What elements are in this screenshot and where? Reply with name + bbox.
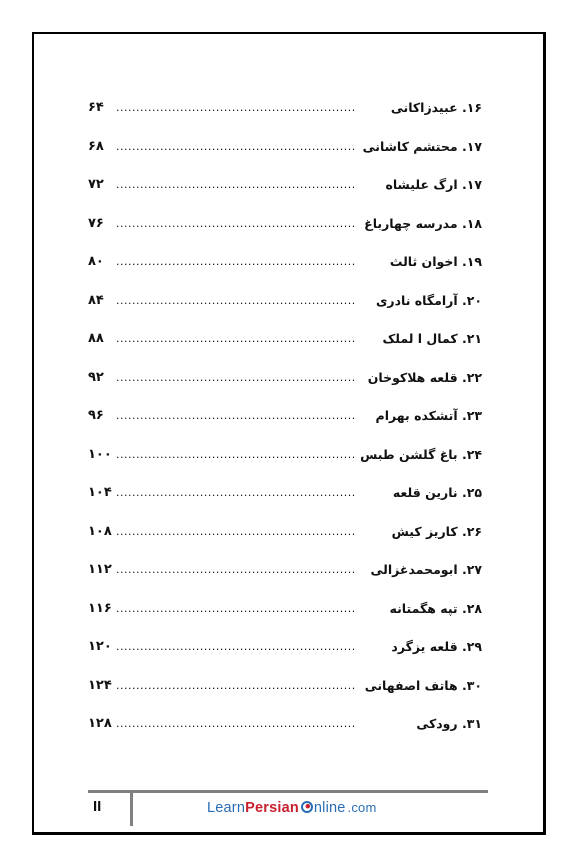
footer-rule-horizontal	[88, 790, 488, 793]
toc-leader-dots: ........................................…	[116, 137, 359, 157]
toc-leader-dots: ........................................…	[116, 445, 359, 465]
toc-entry[interactable]: ۸۰ .....................................…	[88, 252, 482, 291]
toc-page-number: ۷۶	[88, 214, 104, 234]
toc-entry[interactable]: ۶۴ .....................................…	[88, 98, 482, 137]
footer-brand-link[interactable]: LearnPersiannline.com	[207, 800, 377, 816]
toc-page-number: ۱۰۰	[88, 445, 112, 465]
toc-page-number: ۱۰۴	[88, 483, 112, 503]
toc-page-number: ۱۱۲	[88, 560, 112, 580]
toc-title: ۲۷. ابومحمدغزالی	[371, 560, 482, 580]
toc-title: ۲۸. تپه هگمتانه	[390, 599, 482, 619]
toc-entry[interactable]: ۸۴ .....................................…	[88, 291, 482, 330]
toc-leader-dots: ........................................…	[116, 599, 359, 619]
toc-entry[interactable]: ۱۰۰ ....................................…	[88, 445, 482, 484]
toc-leader-dots: ........................................…	[116, 329, 359, 349]
toc-page-number: ۱۲۸	[88, 714, 112, 734]
toc-leader-dots: ........................................…	[116, 291, 359, 311]
table-of-contents: ۶۴ .....................................…	[88, 98, 482, 753]
footer-rule-vertical	[130, 790, 133, 826]
toc-entry[interactable]: ۱۱۶ ....................................…	[88, 599, 482, 638]
toc-leader-dots: ........................................…	[116, 252, 359, 272]
globe-icon	[301, 801, 313, 813]
toc-page-number: ۶۸	[88, 137, 104, 157]
toc-entry[interactable]: ۱۰۸ ....................................…	[88, 522, 482, 561]
toc-leader-dots: ........................................…	[116, 175, 359, 195]
brand-learn: Learn	[207, 800, 245, 816]
toc-entry[interactable]: ۹۶ .....................................…	[88, 406, 482, 445]
brand-online: nline	[314, 800, 346, 816]
toc-page-number: ۶۴	[88, 98, 104, 118]
toc-title: ۲۹. قلعه یزگرد	[391, 637, 482, 657]
toc-entry[interactable]: ۷۲ .....................................…	[88, 175, 482, 214]
toc-title: ۲۳. آتشکده بهرام	[376, 406, 482, 426]
toc-page-number: ۸۸	[88, 329, 104, 349]
toc-page-number: ۱۲۴	[88, 676, 112, 696]
toc-entry[interactable]: ۱۲۴ ....................................…	[88, 676, 482, 715]
toc-title: ۱۶. عبیدزاکانی	[391, 98, 482, 118]
toc-title: ۲۰. آرامگاه نادری	[376, 291, 482, 311]
toc-title: ۲۶. کاریز کیش	[392, 522, 482, 542]
toc-leader-dots: ........................................…	[116, 483, 359, 503]
brand-persian: Persian	[245, 800, 299, 816]
toc-entry[interactable]: ۱۲۸ ....................................…	[88, 714, 482, 753]
toc-page-number: ۱۲۰	[88, 637, 112, 657]
toc-entry[interactable]: ۹۲ .....................................…	[88, 368, 482, 407]
brand-com: .com	[348, 800, 377, 815]
toc-entry[interactable]: ۱۲۰ ....................................…	[88, 637, 482, 676]
toc-leader-dots: ........................................…	[116, 522, 359, 542]
toc-entry[interactable]: ۷۶ .....................................…	[88, 214, 482, 253]
toc-entry[interactable]: ۶۸ .....................................…	[88, 137, 482, 176]
toc-page-number: ۹۶	[88, 406, 104, 426]
toc-leader-dots: ........................................…	[116, 637, 359, 657]
toc-leader-dots: ........................................…	[116, 714, 359, 734]
toc-title: ۱۹. اخوان ثالث	[390, 252, 482, 272]
footer-page-number: II	[93, 798, 101, 815]
toc-title: ۲۵. نارین قلعه	[393, 483, 482, 503]
toc-title: ۱۸. مدرسه چهارباغ	[364, 214, 482, 234]
toc-title: ۱۷. محتشم کاشانی	[363, 137, 482, 157]
toc-title: ۲۱. کمال ا لملک	[382, 329, 482, 349]
toc-entry[interactable]: ۱۱۲ ....................................…	[88, 560, 482, 599]
toc-entry[interactable]: ۱۰۴ ....................................…	[88, 483, 482, 522]
toc-leader-dots: ........................................…	[116, 98, 359, 118]
toc-page-number: ۸۴	[88, 291, 104, 311]
toc-page-number: ۹۲	[88, 368, 104, 388]
toc-leader-dots: ........................................…	[116, 676, 359, 696]
toc-page-number: ۱۰۸	[88, 522, 112, 542]
toc-leader-dots: ........................................…	[116, 560, 359, 580]
toc-leader-dots: ........................................…	[116, 406, 359, 426]
toc-page-number: ۷۲	[88, 175, 104, 195]
toc-page-number: ۸۰	[88, 252, 104, 272]
toc-title: ۱۷. ارگ علیشاه	[385, 175, 482, 195]
toc-title: ۳۱. رودکی	[416, 714, 482, 734]
toc-leader-dots: ........................................…	[116, 214, 359, 234]
toc-entry[interactable]: ۸۸ .....................................…	[88, 329, 482, 368]
toc-page-number: ۱۱۶	[88, 599, 112, 619]
toc-title: ۲۲. قلعه هلاکوخان	[368, 368, 482, 388]
toc-title: ۲۴. باغ گلشن طبس	[360, 445, 482, 465]
toc-leader-dots: ........................................…	[116, 368, 359, 388]
toc-title: ۳۰. هاتف اصفهانی	[365, 676, 482, 696]
